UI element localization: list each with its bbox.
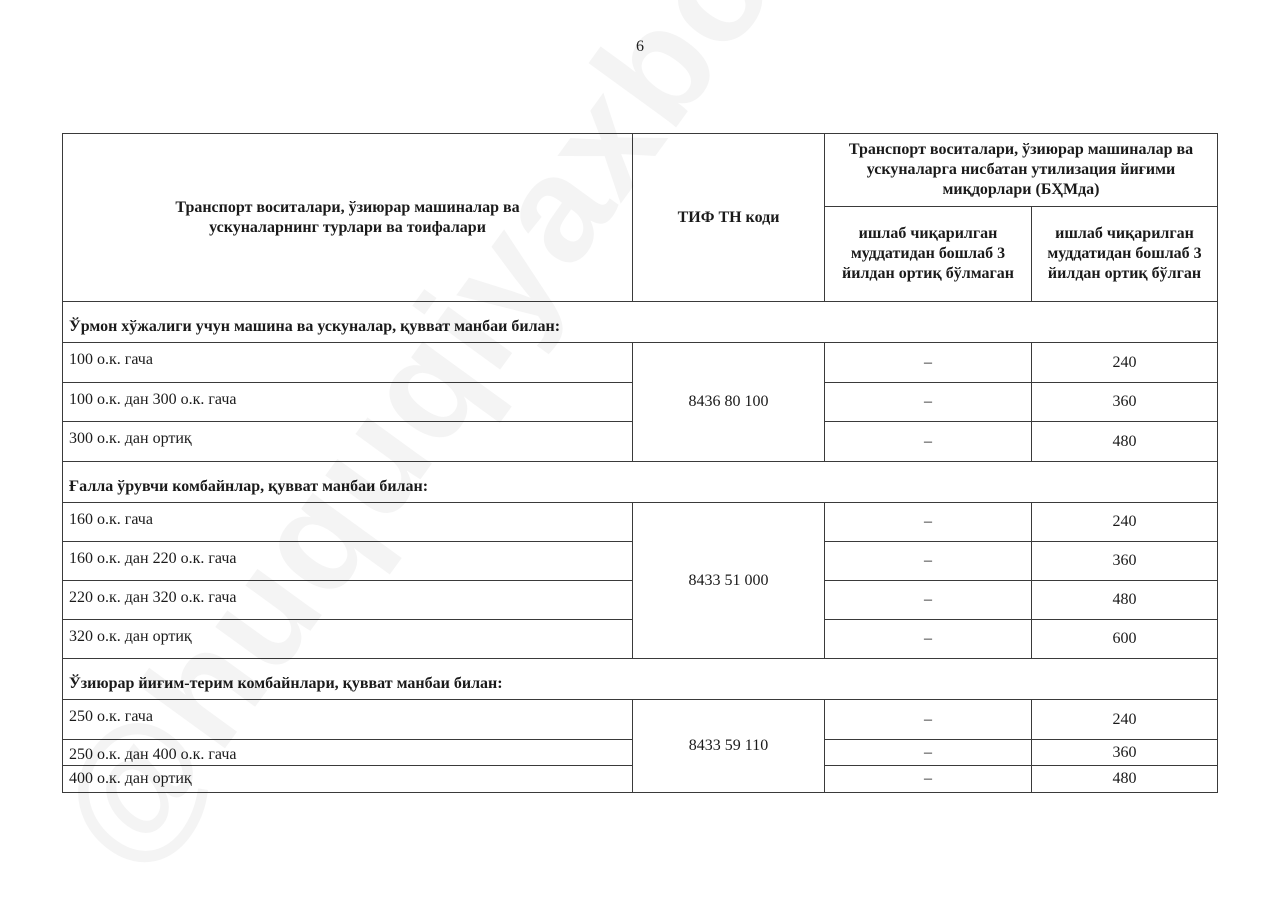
code-cell: 8433 59 110 <box>633 700 825 793</box>
row-label-text: 100 о.к. дан 300 о.к. гача <box>69 383 626 410</box>
over-3-value: 480 <box>1032 766 1218 793</box>
table-row: 250 о.к. гача 8433 59 110 – 240 <box>63 700 1218 740</box>
under-3-value: – <box>825 383 1032 422</box>
row-label: 250 о.к. дан 400 о.к. гача <box>63 740 633 766</box>
header-code: ТИФ ТН коди <box>633 134 825 302</box>
over-3-value: 480 <box>1032 422 1218 462</box>
header-fee-group: Транспорт воситалари, ўзиюрар машиналар … <box>825 134 1218 207</box>
row-label-text: 100 о.к. гача <box>69 343 626 370</box>
section-title: Ўзиюрар йиғим-терим комбайнлари, қувват … <box>63 659 1218 700</box>
section-title-text: Ўрмон хўжалиги учун машина ва ускуналар,… <box>69 308 1211 337</box>
row-label: 300 о.к. дан ортиқ <box>63 422 633 462</box>
over-3-value: 240 <box>1032 700 1218 740</box>
header-category-text: Транспорт воситалари, ўзиюрар машиналар … <box>69 198 626 238</box>
row-label-text: 400 о.к. дан ортиқ <box>69 770 192 787</box>
row-label-text: 220 о.к. дан 320 о.к. гача <box>69 581 626 608</box>
row-label-text: 300 о.к. дан ортиқ <box>69 422 626 449</box>
row-label-text: 160 о.к. дан 220 о.к. гача <box>69 542 626 569</box>
over-3-value: 240 <box>1032 503 1218 542</box>
row-label: 160 о.к. гача <box>63 503 633 542</box>
over-3-value: 360 <box>1032 740 1218 766</box>
under-3-value: – <box>825 766 1032 793</box>
header-over-3-years: ишлаб чиқарилган муддатидан бошлаб 3 йил… <box>1032 207 1218 302</box>
row-label-text: 320 о.к. дан ортиқ <box>69 620 626 647</box>
under-3-value: – <box>825 343 1032 383</box>
header-under-3-years-text: ишлаб чиқарилган муддатидан бошлаб 3 йил… <box>842 225 1014 282</box>
section-title-text: Ўзиюрар йиғим-терим комбайнлари, қувват … <box>69 665 1211 694</box>
section-row: Ғалла ўрувчи комбайнлар, қувват манбаи б… <box>63 462 1218 503</box>
row-label: 250 о.к. гача <box>63 700 633 740</box>
utilization-fee-table: Транспорт воситалари, ўзиюрар машиналар … <box>62 133 1218 793</box>
under-3-value: – <box>825 581 1032 620</box>
row-label-text: 250 о.к. гача <box>69 700 626 727</box>
row-label: 160 о.к. дан 220 о.к. гача <box>63 542 633 581</box>
over-3-value: 240 <box>1032 343 1218 383</box>
section-title: Ғалла ўрувчи комбайнлар, қувват манбаи б… <box>63 462 1218 503</box>
section-title: Ўрмон хўжалиги учун машина ва ускуналар,… <box>63 302 1218 343</box>
under-3-value: – <box>825 700 1032 740</box>
row-label-text: 250 о.к. дан 400 о.к. гача <box>69 741 626 765</box>
header-fee-group-text: Транспорт воситалари, ўзиюрар машиналар … <box>849 141 1193 198</box>
row-label: 400 о.к. дан ортиқ <box>63 766 633 793</box>
table-row: 100 о.к. гача 8436 80 100 – 240 <box>63 343 1218 383</box>
over-3-value: 360 <box>1032 542 1218 581</box>
row-label: 100 о.к. дан 300 о.к. гача <box>63 383 633 422</box>
row-label: 220 о.к. дан 320 о.к. гача <box>63 581 633 620</box>
header-category: Транспорт воситалари, ўзиюрар машиналар … <box>63 134 633 302</box>
header-code-text: ТИФ ТН коди <box>678 209 780 226</box>
over-3-value: 480 <box>1032 581 1218 620</box>
header-over-3-years-text: ишлаб чиқарилган муддатидан бошлаб 3 йил… <box>1047 225 1201 282</box>
row-label-text: 160 о.к. гача <box>69 503 626 530</box>
over-3-value: 600 <box>1032 620 1218 659</box>
code-cell: 8436 80 100 <box>633 343 825 462</box>
table-row: 160 о.к. гача 8433 51 000 – 240 <box>63 503 1218 542</box>
page-number: 6 <box>0 38 1280 56</box>
under-3-value: – <box>825 503 1032 542</box>
under-3-value: – <box>825 422 1032 462</box>
row-label: 100 о.к. гача <box>63 343 633 383</box>
section-title-text: Ғалла ўрувчи комбайнлар, қувват манбаи б… <box>69 468 1211 497</box>
row-label: 320 о.к. дан ортиқ <box>63 620 633 659</box>
over-3-value: 360 <box>1032 383 1218 422</box>
code-cell: 8433 51 000 <box>633 503 825 659</box>
section-row: Ўрмон хўжалиги учун машина ва ускуналар,… <box>63 302 1218 343</box>
under-3-value: – <box>825 740 1032 766</box>
under-3-value: – <box>825 542 1032 581</box>
section-row: Ўзиюрар йиғим-терим комбайнлари, қувват … <box>63 659 1218 700</box>
under-3-value: – <box>825 620 1032 659</box>
header-under-3-years: ишлаб чиқарилган муддатидан бошлаб 3 йил… <box>825 207 1032 302</box>
